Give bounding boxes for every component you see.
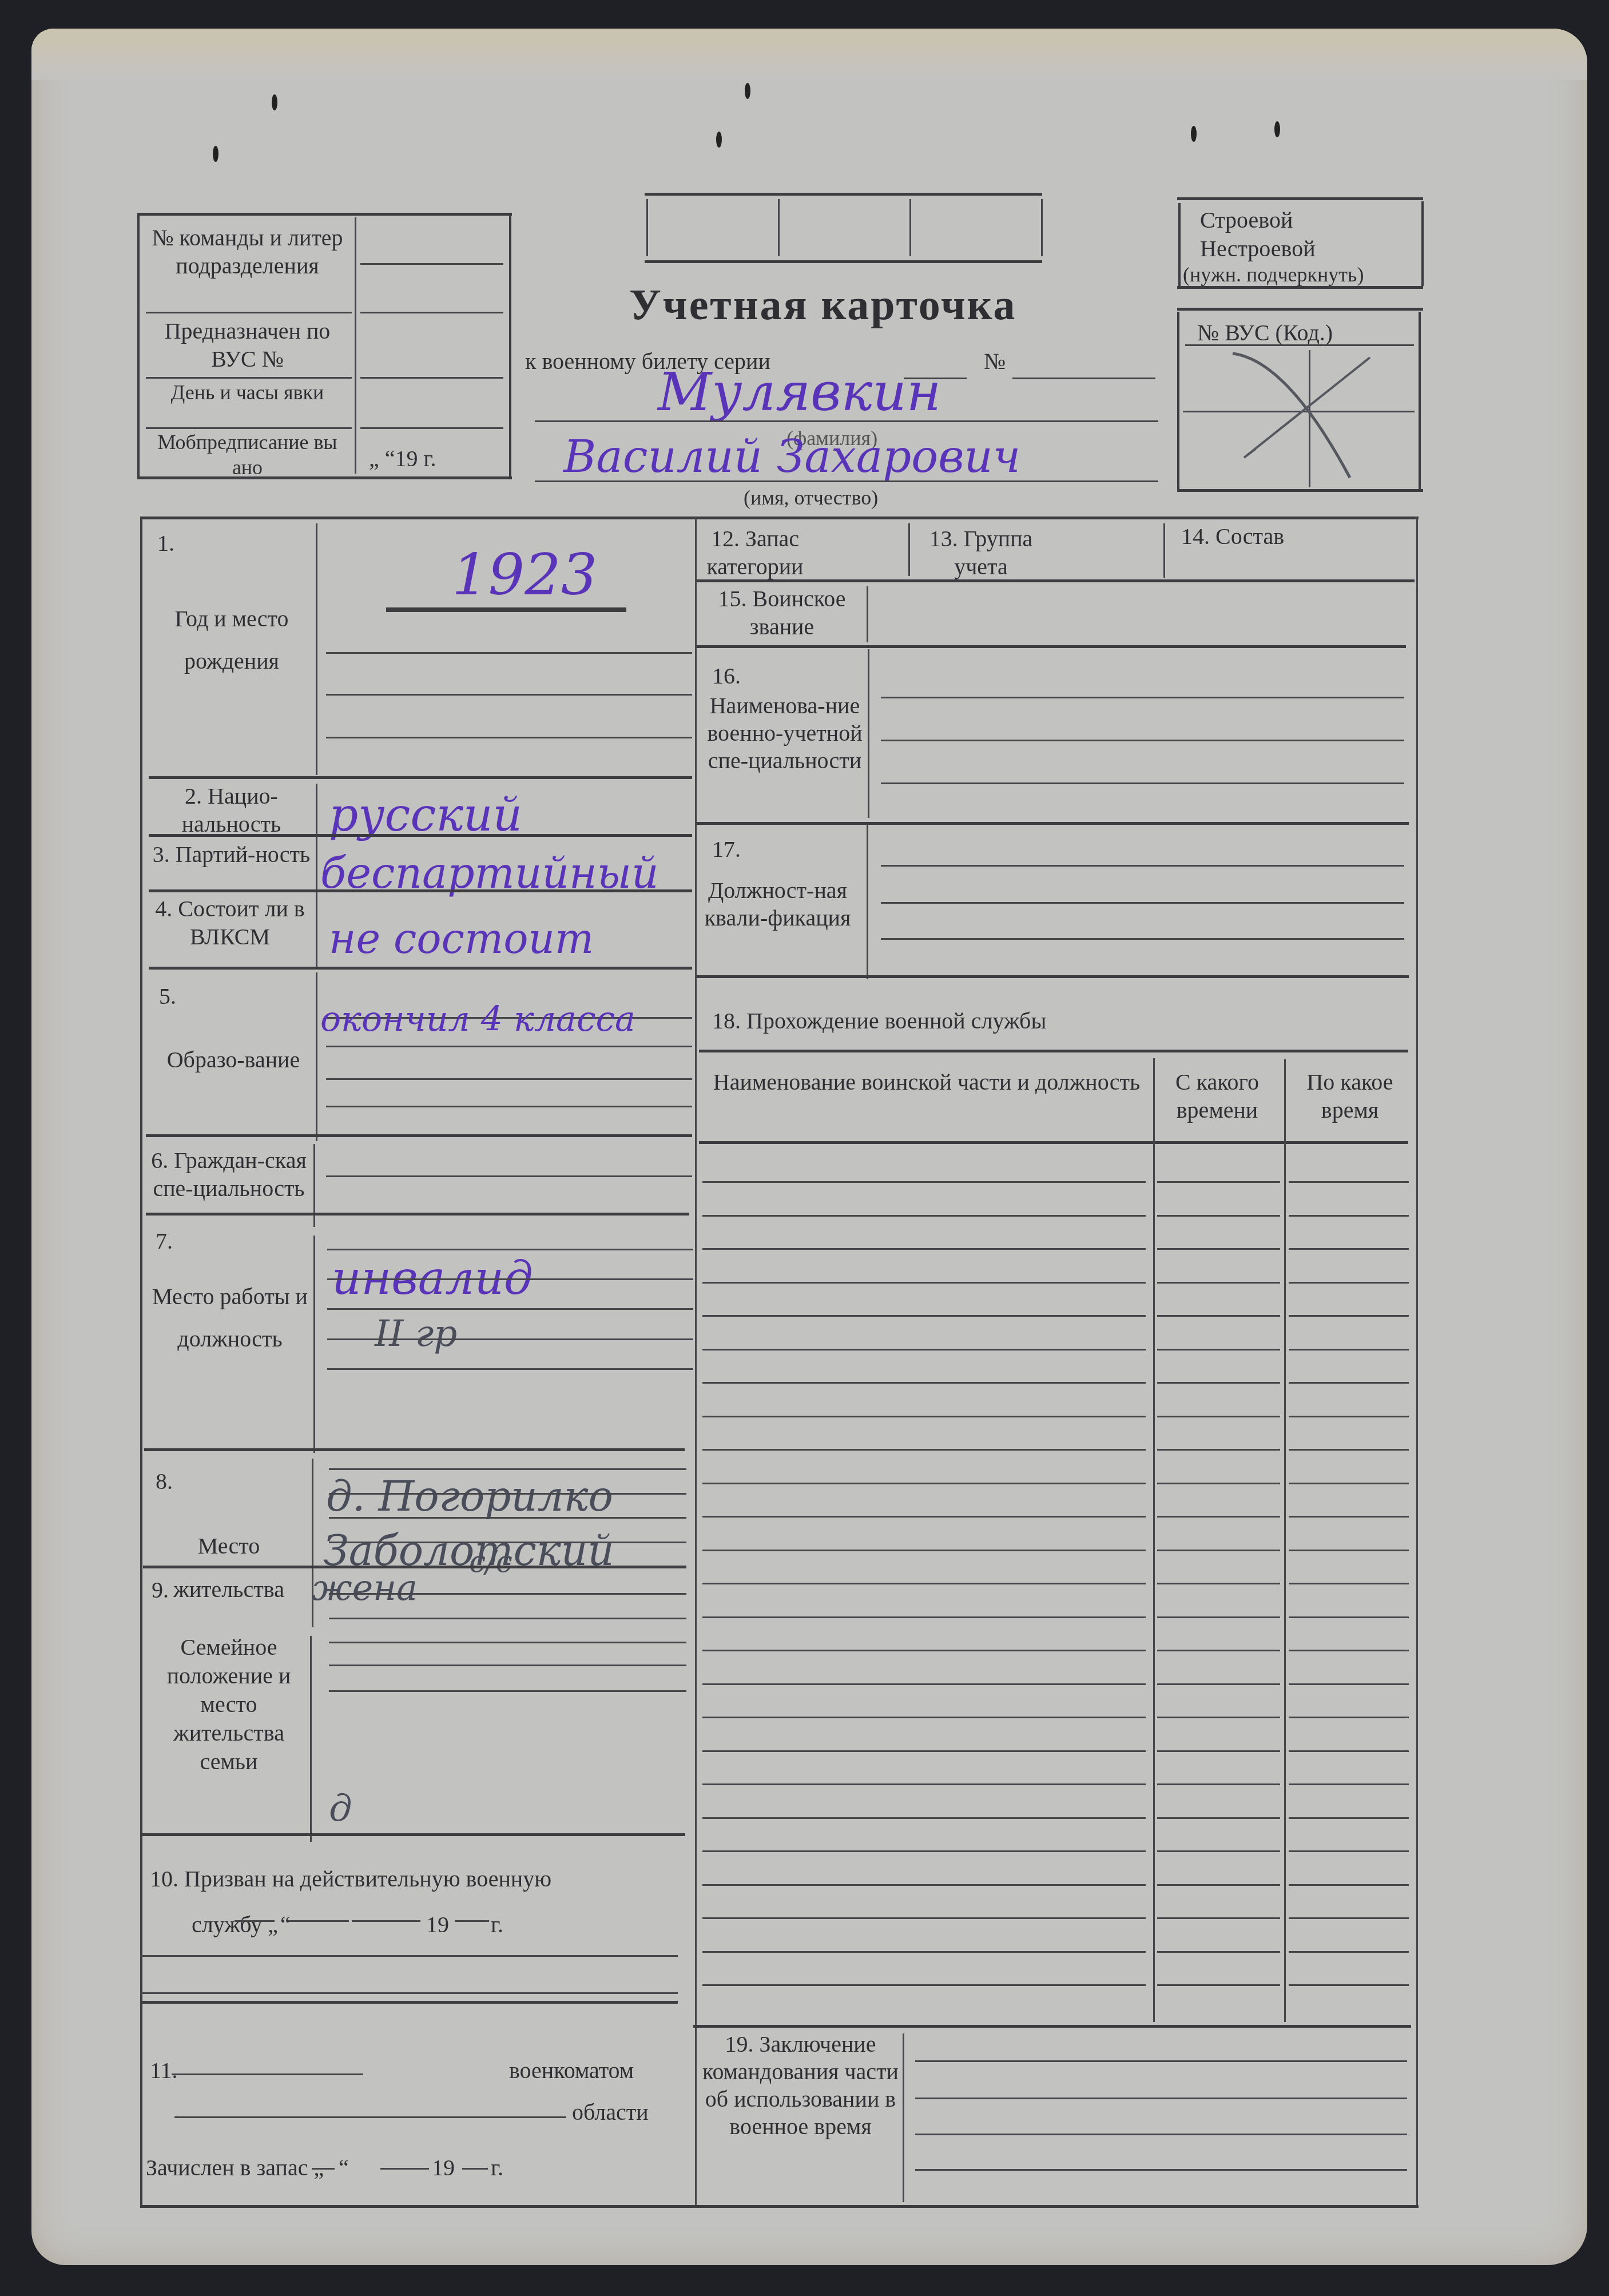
table-cell-line [702, 1583, 1146, 1584]
table-cell-line [1157, 1583, 1280, 1584]
category-note: (нужн. подчеркнуть) [1183, 264, 1364, 285]
table-cell-line [702, 1483, 1146, 1484]
field-10-year: 19 [426, 1913, 449, 1936]
field-9-label: Семейное положение и место жительства се… [146, 1633, 312, 1776]
table-cell-line [1289, 1917, 1409, 1919]
field-15-label: 15. Воинское звание [699, 585, 865, 641]
table-cell-line [702, 1550, 1146, 1551]
table-cell-line [1289, 1850, 1409, 1852]
table-cell-line [1289, 1717, 1409, 1718]
table-cell-line [1289, 1616, 1409, 1618]
field-2-nationality: русский [329, 792, 522, 838]
table-cell-line [1157, 1248, 1280, 1250]
table-cell-line [1157, 1449, 1280, 1451]
field-7-label: Место работы и должность [150, 1276, 310, 1360]
field-12-label: 12. Запас категории [706, 525, 804, 581]
field-5-num: 5. [159, 985, 176, 1008]
table-cell-line [1289, 1550, 1409, 1551]
table-cell-line [1157, 1215, 1280, 1217]
field-6-num: 6. [151, 1147, 168, 1173]
field-3-text: Партий-ность [176, 841, 311, 867]
punch-hole [716, 132, 722, 148]
table-cell-line [702, 1315, 1146, 1317]
table-cell-line [1289, 1483, 1409, 1484]
table-cell-line [1157, 1382, 1280, 1384]
field-3-party: беспартийный [320, 852, 659, 895]
given-patronymic-value: Василий Захарович [563, 435, 1020, 479]
table-cell-line [1289, 1984, 1409, 1986]
punch-hole [213, 146, 218, 162]
table-cell-line [1157, 1850, 1280, 1852]
field-16-label: Наименова-ние военно-учетной спе-циально… [699, 692, 871, 774]
table-cell-line [1157, 1616, 1280, 1618]
field-9-family-residence: д [329, 1790, 352, 1827]
field-14-label: 14. Состав [1181, 525, 1284, 548]
field-2-num: 2. [185, 783, 202, 809]
field-11-reserve-year: 19 [432, 2156, 455, 2179]
table-cell-line [1157, 1349, 1280, 1350]
mob-order-date: „ “19 г. [369, 447, 436, 470]
table-cell-line [702, 1951, 1146, 1953]
table-header-from: С какого времени [1154, 1068, 1280, 1125]
field-1-label: Год и место рождения [152, 598, 312, 682]
field-19-label: 19. Заключение командования части об исп… [699, 2031, 902, 2140]
table-cell-line [1157, 1516, 1280, 1518]
field-8-village: д. Погорилко [326, 1476, 613, 1517]
punch-hole [1274, 121, 1280, 137]
table-cell-line [702, 1282, 1146, 1284]
table-cell-line [1157, 1416, 1280, 1417]
label-appearance-day: День и часы явки [143, 380, 352, 406]
table-cell-line [1157, 1315, 1280, 1317]
field-11-reserve-year-suffix: г. [491, 2156, 503, 2179]
field-16-num: 16. [712, 665, 741, 688]
field-11-reserve-label: Зачислен в запас „ [146, 2156, 324, 2179]
punch-hole [1191, 126, 1197, 142]
table-cell-line [702, 1215, 1146, 1217]
table-cell-line [702, 1449, 1146, 1451]
table-cell-line [1157, 1282, 1280, 1284]
table-cell-line [702, 1750, 1146, 1752]
table-cell-line [1289, 1583, 1409, 1584]
table-cell-line [1289, 1516, 1409, 1518]
field-7-num: 7. [156, 1230, 173, 1253]
table-cell-line [1289, 1416, 1409, 1417]
table-cell-line [702, 1884, 1146, 1886]
field-8-num: 8. [156, 1470, 173, 1493]
table-cell-line [1157, 1550, 1280, 1551]
field-8-ss-abbrev: с/с [469, 1547, 513, 1577]
punch-hole [745, 83, 750, 99]
table-cell-line [702, 1917, 1146, 1919]
field-18-label: 18. Прохождение военной службы [712, 1010, 1046, 1032]
table-cell-line [1157, 1483, 1280, 1484]
field-9-family: жена [312, 1570, 418, 1606]
field-6-text: Граждан-ская спе-циальность [153, 1147, 306, 1201]
label-vus-assigned: Предназначен по ВУС № [143, 317, 352, 374]
table-cell-line [702, 1984, 1146, 1986]
field-17-num: 17. [712, 838, 741, 861]
table-cell-line [702, 1616, 1146, 1618]
field-9-num: 9. [152, 1579, 169, 1602]
document-title: Учетная карточка [629, 283, 1016, 327]
field-11-region: области [572, 2101, 649, 2124]
punch-hole [272, 94, 277, 110]
table-cell-line [1157, 1683, 1280, 1685]
field-5-label: Образо-вание [153, 1038, 313, 1082]
table-cell-line [702, 1817, 1146, 1819]
field-10-year-suffix: г. [491, 1913, 503, 1936]
table-cell-line [702, 1349, 1146, 1350]
table-cell-line [702, 1650, 1146, 1651]
field-5-education: окончил 4 класса [320, 1002, 635, 1036]
field-6-label: 6. Граждан-ская спе-циальность [146, 1147, 312, 1203]
category-noncombatant: Нестроевой [1200, 237, 1316, 260]
table-cell-line [702, 1717, 1146, 1718]
field-10-label: 10. Призван на действительную военную [150, 1868, 551, 1890]
given-caption: (имя, отчество) [744, 487, 878, 508]
table-cell-line [1157, 1783, 1280, 1785]
field-10-date-sep: “ [280, 1913, 291, 1936]
field-7-disability-group: II гр [375, 1316, 457, 1352]
table-cell-line [702, 1683, 1146, 1685]
field-4-num: 4. [155, 896, 172, 921]
surname-value: Мулявкин [658, 366, 941, 419]
table-cell-line [1289, 1650, 1409, 1651]
table-cell-line [1289, 1884, 1409, 1886]
table-cell-line [1289, 1181, 1409, 1183]
table-cell-line [1157, 1181, 1280, 1183]
table-cell-line [1157, 1650, 1280, 1651]
table-cell-line [1157, 1917, 1280, 1919]
field-3-label: 3. Партий-ность [150, 841, 313, 869]
table-cell-line [702, 1850, 1146, 1852]
table-cell-line [1289, 1750, 1409, 1752]
table-cell-line [1289, 1951, 1409, 1953]
table-cell-line [702, 1382, 1146, 1384]
table-header-to: По какое время [1287, 1068, 1413, 1125]
table-cell-line [1157, 1984, 1280, 1986]
paper-worn-edge [31, 29, 1587, 80]
table-cell-line [1157, 1884, 1280, 1886]
field-4-text: Состоит ли в ВЛКСМ [178, 896, 305, 950]
field-1-birth-year: 1923 [452, 546, 598, 603]
label-mob-order: Мобпредписание вы ано [143, 430, 352, 480]
table-cell-line [1289, 1349, 1409, 1350]
field-17-label: Должност-ная квали-фикация [699, 877, 856, 932]
field-4-komsomol: не состоит [329, 918, 594, 959]
table-cell-line [1289, 1315, 1409, 1317]
field-13-label: 13. Группа учета [918, 525, 1044, 581]
ticket-number-sign: № [984, 350, 1006, 373]
field-1-num: 1. [157, 532, 174, 555]
field-10-service-label: службу „ [192, 1913, 278, 1936]
field-11-reserve-sep: “ [339, 2156, 349, 2179]
table-cell-line [702, 1181, 1146, 1183]
table-header-unit-position: Наименование воинской части и должность [706, 1068, 1147, 1097]
table-cell-line [1289, 1683, 1409, 1685]
table-cell-line [1157, 1817, 1280, 1819]
table-cell-line [1289, 1449, 1409, 1451]
field-11-military-office: военкоматом [509, 2059, 634, 2082]
table-cell-line [702, 1783, 1146, 1785]
table-cell-line [702, 1248, 1146, 1250]
table-cell-line [1157, 1717, 1280, 1718]
table-cell-line [702, 1516, 1146, 1518]
table-cell-line [1289, 1215, 1409, 1217]
table-cell-line [1157, 1750, 1280, 1752]
table-cell-line [1289, 1817, 1409, 1819]
field-3-num: 3. [153, 841, 170, 867]
label-command-number: № команды и литер подразделения [143, 224, 352, 280]
table-cell-line [1289, 1783, 1409, 1785]
field-11-num: 11. [150, 2059, 178, 2082]
cross-out-mark-icon [1224, 337, 1396, 486]
table-cell-line [1157, 1951, 1280, 1953]
category-combatant: Строевой [1200, 209, 1293, 232]
table-cell-line [702, 1416, 1146, 1417]
table-cell-line [1289, 1282, 1409, 1284]
field-4-label: 4. Состоит ли в ВЛКСМ [144, 895, 316, 951]
table-cell-line [1289, 1248, 1409, 1250]
field-2-label: 2. Нацио-нальность [150, 782, 313, 839]
table-cell-line [1289, 1382, 1409, 1384]
